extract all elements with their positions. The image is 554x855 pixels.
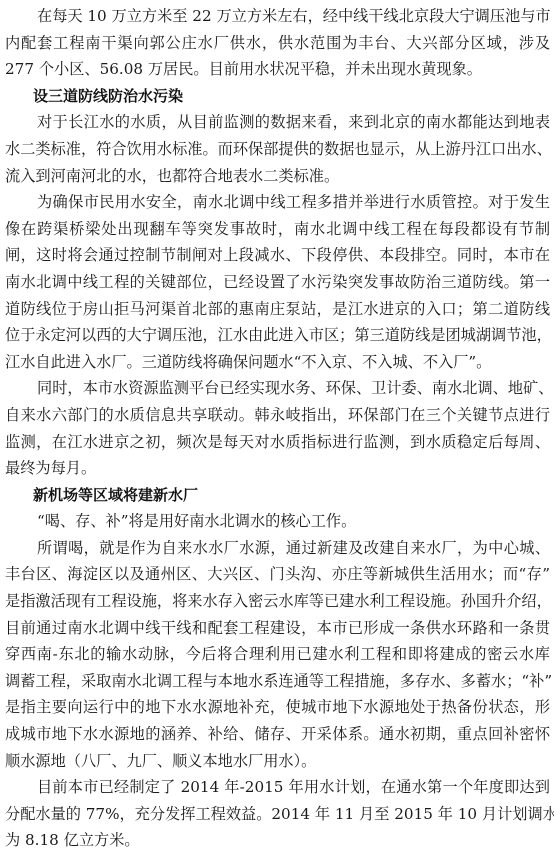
text-line: 为 8.18 亿立方米。 [0, 827, 554, 854]
text-line: 位于永定河以西的大宁调压池，江水由此进入市区；第三道防线是团城湖调节池， [0, 322, 554, 349]
text-line: 在每天 10 万立方米至 22 万立方米左右，经中线干线北京段大宁调压池与市 [0, 3, 554, 30]
text-line: 是指激活现有工程设施，将来水存入密云水库等已建水利工程设施。孙国升介绍， [0, 588, 554, 615]
text-line: 像在跨渠桥梁处出现翻车等突发事故时，南水北调中线工程在每段都设有节制 [0, 216, 554, 243]
text-line: 所谓喝，就是作为自来水水厂水源，通过新建及改建自来水厂，为中心城、 [0, 535, 554, 562]
text-line: 分配水量的 77%，充分发挥工程效益。2014 年 11 月至 2015 年 1… [0, 801, 554, 828]
text-line: 内配套工程南干渠向郭公庄水厂供水，供水范围为丰台、大兴部分区域，涉及 [0, 30, 554, 57]
text-line: “喝、存、补”将是用好南水北调水的核心工作。 [0, 508, 554, 535]
text-line: 成城市地下水水源地的涵养、补给、储存、开采体系。通水初期，重点回补密怀 [0, 721, 554, 748]
document-page: 在每天 10 万立方米至 22 万立方米左右，经中线干线北京段大宁调压池与市 内… [0, 0, 554, 855]
text-line: 目前通过南水北调中线干线和配套工程建设，本市已形成一条供水环路和一条贯 [0, 615, 554, 642]
paragraph: 在每天 10 万立方米至 22 万立方米左右，经中线干线北京段大宁调压池与市 内… [0, 3, 554, 83]
text-line: 江水自此进入水厂。三道防线将确保问题水“不入京、不入城、不入厂”。 [0, 349, 554, 376]
text-line: 277 个小区、56.08 万居民。目前用水状况平稳，并未出现水黄现象。 [0, 56, 554, 83]
paragraph: “喝、存、补”将是用好南水北调水的核心工作。 [0, 508, 554, 535]
paragraph: 所谓喝，就是作为自来水水厂水源，通过新建及改建自来水厂，为中心城、 丰台区、海淀… [0, 535, 554, 774]
text-line: 道防线位于房山拒马河渠首北部的惠南庄泵站，是江水进京的入口；第二道防线 [0, 296, 554, 323]
text-line: 穿西南-东北的输水动脉，今后将合理利用已建水利工程和即将建成的密云水库 [0, 641, 554, 668]
text-line: 顺水源地（八厂、九厂、顺义本地水厂用水）。 [0, 748, 554, 775]
text-line: 调蓄工程，采取南水北调工程与本地水系连通等工程措施，多存水、多蓄水；“补” [0, 668, 554, 695]
text-line: 为确保市民用水安全，南水北调中线工程多措并举进行水质管控。对于发生 [0, 189, 554, 216]
paragraph: 为确保市民用水安全，南水北调中线工程多措并举进行水质管控。对于发生 像在跨渠桥梁… [0, 189, 554, 375]
paragraph: 对于长江水的水质，从目前监测的数据来看，来到北京的南水都能达到地表 水二类标准，… [0, 109, 554, 189]
text-line: 水二类标准，符合饮用水标准。而环保部提供的数据也显示，从上游丹江口出水、 [0, 136, 554, 163]
text-line: 同时，本市水资源监测平台已经实现水务、环保、卫计委、南水北调、地矿、 [0, 375, 554, 402]
text-line: 最终为每月。 [0, 455, 554, 482]
text-line: 闸，这时将会通过控制节制闸对上段减水、下段停供、本段排空。同时，本市在 [0, 242, 554, 269]
section-heading: 新机场等区域将建新水厂 [0, 482, 554, 509]
text-line: 监测，在江水进京之初，频次是每天对水质指标进行监测，到水质稳定后每周、 [0, 429, 554, 456]
text-line: 丰台区、海淀区以及通州区、大兴区、门头沟、亦庄等新城供生活用水；而“存” [0, 561, 554, 588]
section-heading: 设三道防线防治水污染 [0, 83, 554, 110]
paragraph: 同时，本市水资源监测平台已经实现水务、环保、卫计委、南水北调、地矿、 自来水六部… [0, 375, 554, 481]
text-line: 流入到河南河北的水，也都符合地表水二类标准。 [0, 163, 554, 190]
text-line: 自来水六部门的水质信息共享联动。韩永岐指出，环保部门在三个关键节点进行 [0, 402, 554, 429]
text-line: 是指主要向运行中的地下水水源地补充，使城市地下水源地处于热备份状态，形 [0, 694, 554, 721]
text-line: 对于长江水的水质，从目前监测的数据来看，来到北京的南水都能达到地表 [0, 109, 554, 136]
text-line: 南水北调中线工程的关键部位，已经设置了水污染突发事故防治三道防线。第一 [0, 269, 554, 296]
text-line: 目前本市已经制定了 2014 年-2015 年用水计划，在通水第一个年度即达到 [0, 774, 554, 801]
paragraph: 目前本市已经制定了 2014 年-2015 年用水计划，在通水第一个年度即达到 … [0, 774, 554, 854]
